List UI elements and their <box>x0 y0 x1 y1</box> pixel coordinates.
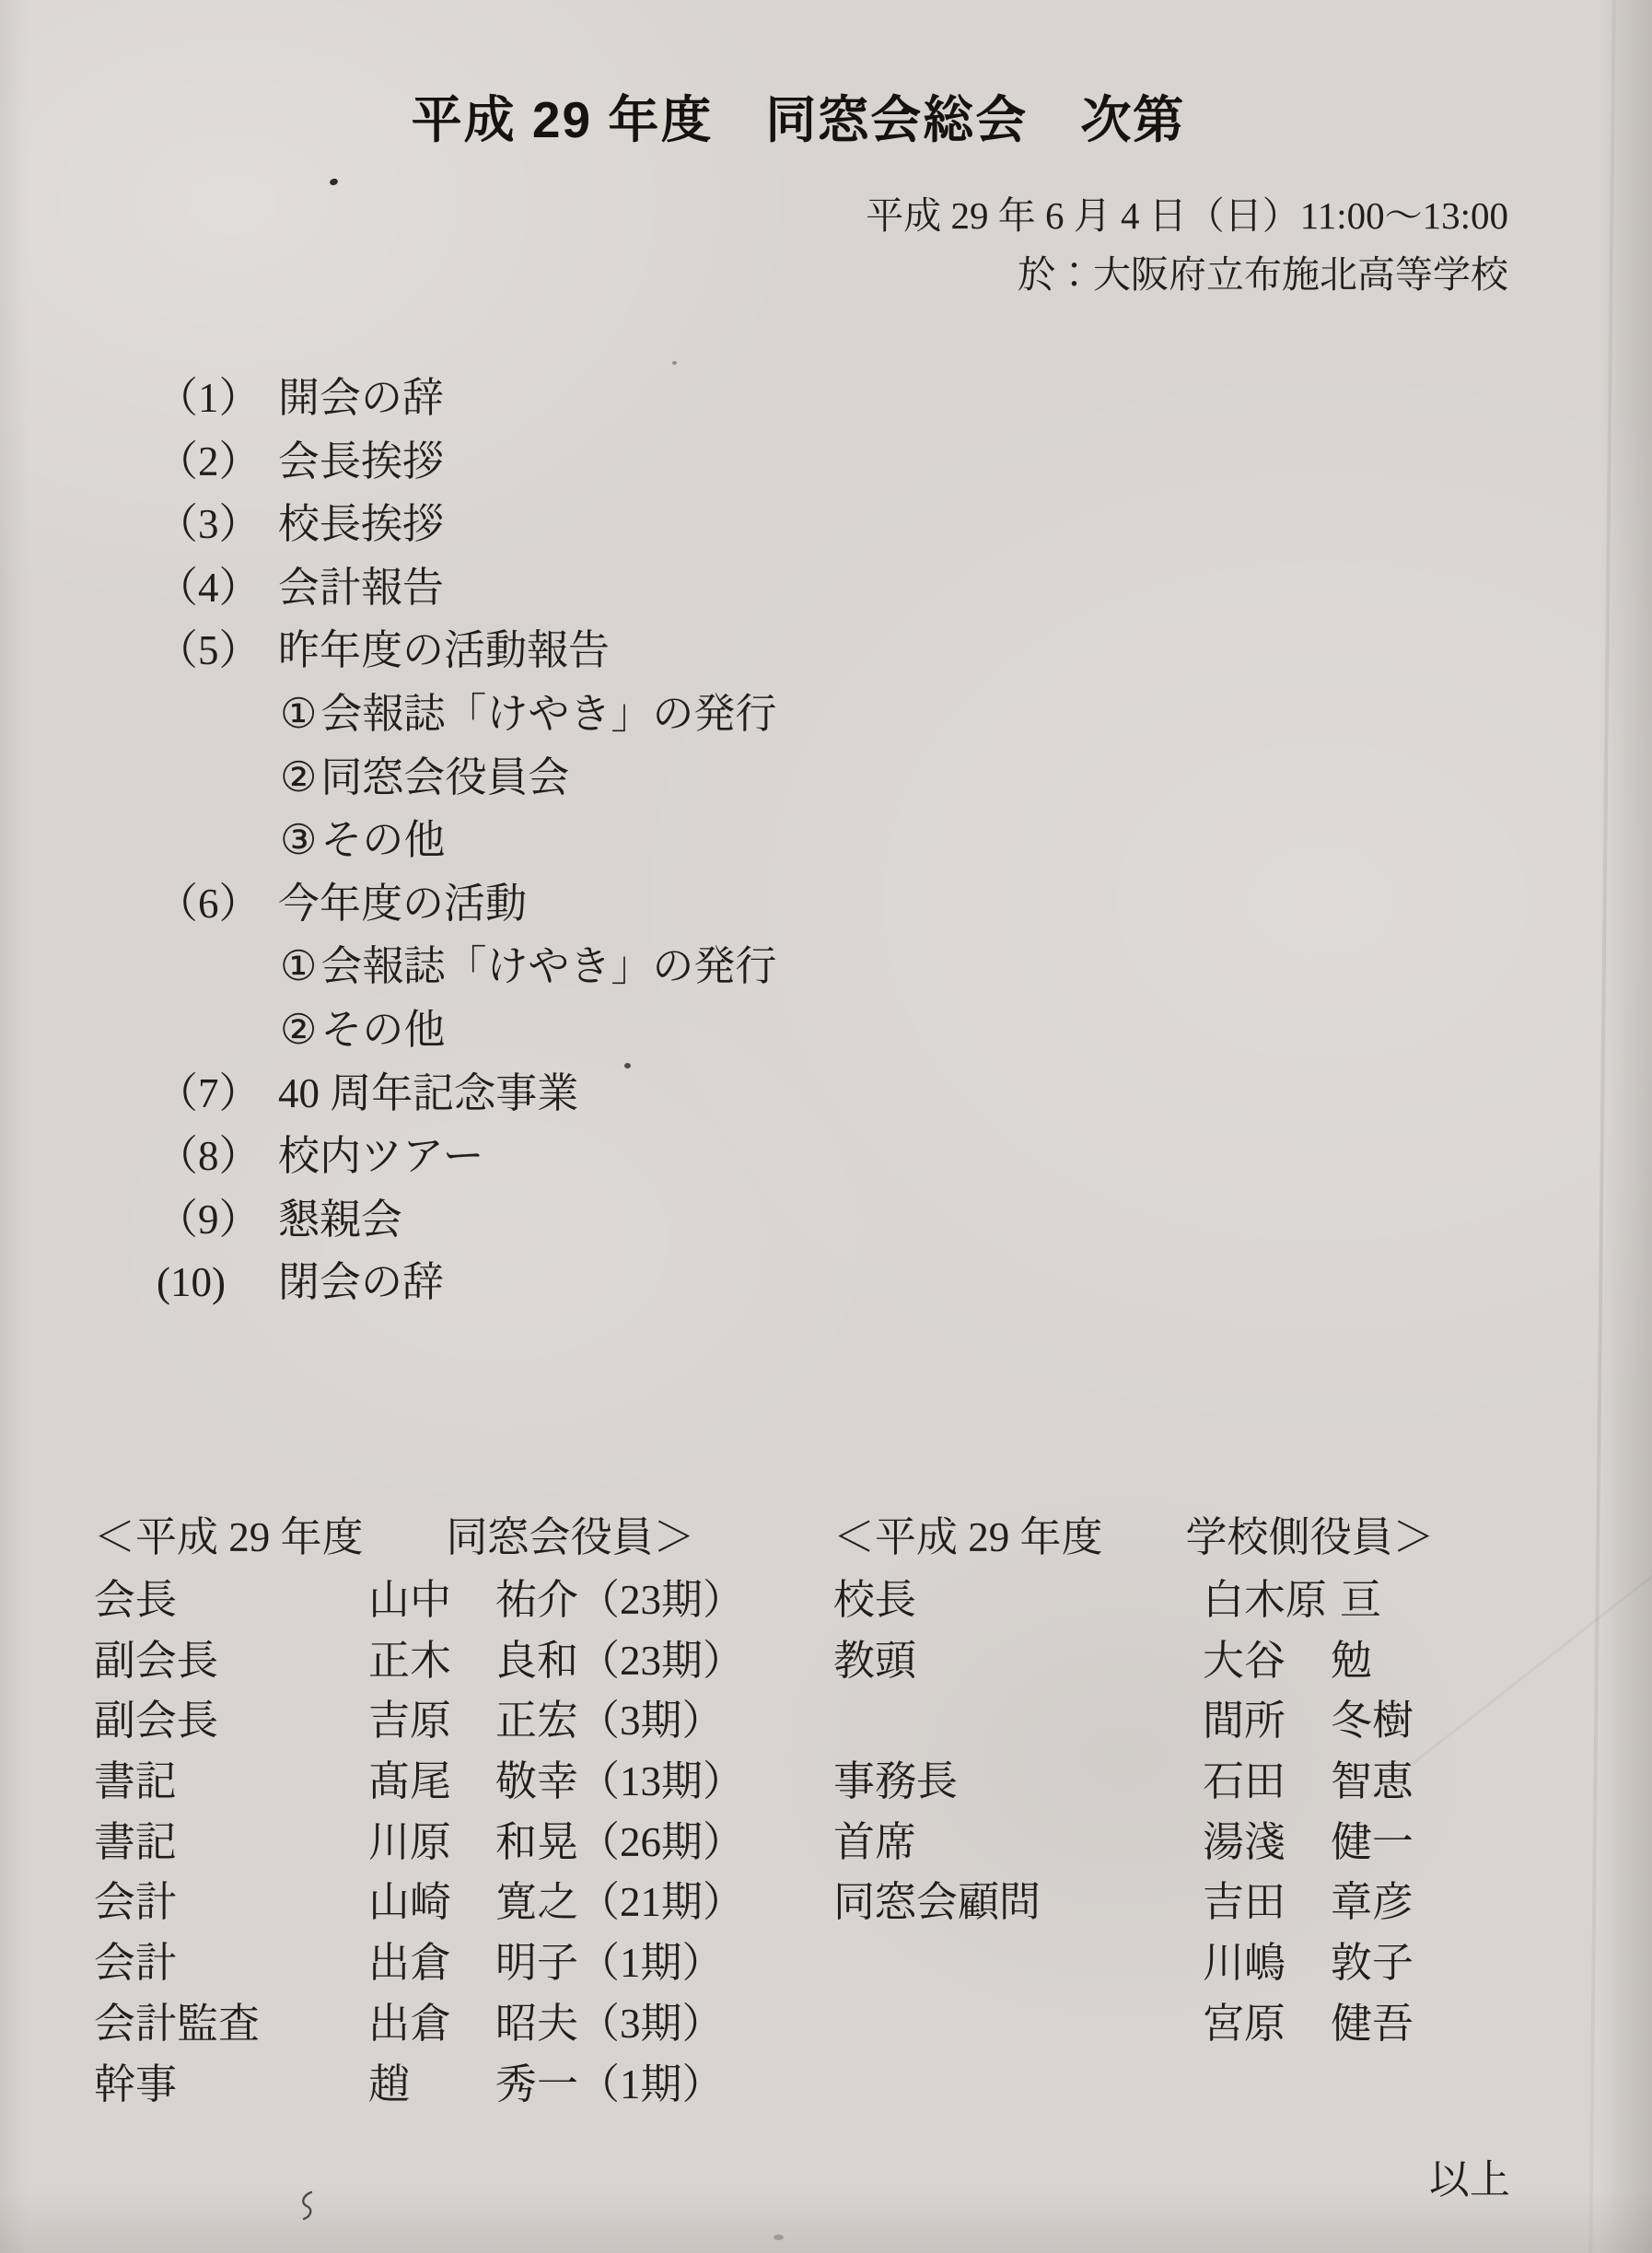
agenda-item-number: （5） <box>157 619 278 683</box>
paper-speck <box>774 2235 784 2240</box>
member-family-name: 川嶋 <box>1203 1933 1318 1994</box>
member-row: 副会長吉原正宏（3期） <box>94 1691 744 1752</box>
paper-speck <box>329 178 339 187</box>
member-row: 事務長石田智恵 <box>833 1752 1435 1813</box>
agenda-item-text: 会報誌「けやき」の発行 <box>320 691 776 737</box>
member-row: 会長山中祐介（23期） <box>94 1570 744 1631</box>
member-given-name: 昭夫 <box>495 2001 578 2047</box>
scanned-document-page: 平成 29 年度 同窓会総会 次第 平成 29 年 6 月 4 日（日）11:0… <box>0 0 1652 2253</box>
member-row: 教頭大谷勉 <box>833 1631 1435 1692</box>
agenda-item: （2）会長挨拶 <box>157 430 776 494</box>
alumni-officers-section: ＜平成 29 年度 同窓会役員＞ 会長山中祐介（23期）副会長正木良和（23期）… <box>94 1509 744 2115</box>
school-officers-rows: 校長白木原亘教頭大谷勉間所冬樹事務長石田智恵首席湯淺健一同窓会顧問吉田章彦川嶋敦… <box>833 1570 1435 2055</box>
member-row: 書記髙尾敬幸（13期） <box>94 1752 744 1813</box>
member-given-name: 良和 <box>495 1638 578 1684</box>
member-given-name: 勉 <box>1331 1638 1372 1684</box>
alumni-officers-rows: 会長山中祐介（23期）副会長正木良和（23期）副会長吉原正宏（3期）書記髙尾敬幸… <box>94 1570 744 2115</box>
document-title: 平成 29 年度 同窓会総会 次第 <box>0 79 1624 152</box>
member-row: 校長白木原亘 <box>833 1570 1435 1631</box>
member-given-name: 健一 <box>1331 1819 1414 1865</box>
agenda-item-text: 懇親会 <box>278 1197 402 1243</box>
agenda-item-text: その他 <box>320 817 445 863</box>
closing-mark: 以上 <box>1429 2146 1510 2205</box>
member-role: 同窓会顧問 <box>833 1873 1203 1933</box>
agenda-item-text: 会長挨拶 <box>278 438 444 484</box>
member-family-name: 出倉 <box>368 1933 495 1994</box>
member-given-name: 章彦 <box>1331 1879 1414 1925</box>
school-officers-section: ＜平成 29 年度 学校側役員＞ 校長白木原亘教頭大谷勉間所冬樹事務長石田智恵首… <box>833 1509 1435 2055</box>
agenda-item-number: （2） <box>157 430 278 494</box>
member-family-name: 白木原 <box>1203 1570 1327 1631</box>
meeting-venue: 於：大阪府立布施北高等学校 <box>866 245 1508 304</box>
member-family-name: 川原 <box>368 1813 495 1874</box>
agenda-item: （5）昨年度の活動報告 <box>157 619 776 683</box>
agenda-item-number: （3） <box>157 493 278 556</box>
member-role: 会計 <box>94 1873 368 1933</box>
paper-speck <box>672 361 677 365</box>
agenda-item-text: 閉会の辞 <box>278 1259 444 1305</box>
member-family-name: 正木 <box>368 1631 495 1692</box>
member-role: 首席 <box>833 1813 1203 1874</box>
member-family-name: 趙 <box>368 2055 495 2116</box>
agenda-list: （1）開会の辞（2）会長挨拶（3）校長挨拶（4）会計報告（5）昨年度の活動報告①… <box>157 367 776 1314</box>
agenda-item-number: （4） <box>157 556 278 620</box>
agenda-item-text: 昨年度の活動報告 <box>278 627 610 673</box>
agenda-item: （1）開会の辞 <box>157 367 776 430</box>
agenda-item: （9）懇親会 <box>157 1188 776 1252</box>
member-role: 教頭 <box>833 1631 1203 1692</box>
member-row: 副会長正木良和（23期） <box>94 1631 744 1692</box>
meeting-meta: 平成 29 年 6 月 4 日（日）11:00～13:00 於：大阪府立布施北高… <box>866 186 1508 304</box>
member-row: 幹事趙秀一（1期） <box>94 2055 744 2116</box>
member-given-name: 祐介 <box>495 1577 578 1623</box>
member-role: 書記 <box>94 1813 368 1874</box>
agenda-item-number: （1） <box>157 367 278 430</box>
agenda-item: ①会報誌「けやき」の発行 <box>157 683 776 746</box>
member-row: 間所冬樹 <box>833 1691 1435 1752</box>
member-role: 会計監査 <box>94 1994 368 2055</box>
agenda-item-text: 校長挨拶 <box>278 501 444 547</box>
agenda-item: ②その他 <box>157 998 776 1062</box>
member-given-name: 寛之 <box>495 1879 578 1925</box>
member-cohort: （26期） <box>578 1819 744 1865</box>
agenda-item-text: 会報誌「けやき」の発行 <box>320 943 776 989</box>
member-cohort: （23期） <box>578 1577 744 1623</box>
agenda-item-number: （7） <box>157 1062 278 1126</box>
member-given-name: 智恵 <box>1331 1758 1414 1804</box>
member-row: 会計山崎寛之（21期） <box>94 1873 744 1933</box>
paper-crease <box>1588 0 1616 2253</box>
agenda-item-number: （9） <box>157 1188 278 1252</box>
member-family-name: 出倉 <box>368 1994 495 2055</box>
member-family-name: 宮原 <box>1203 1994 1318 2055</box>
member-family-name: 山中 <box>368 1570 495 1631</box>
member-row: 同窓会顧問吉田章彦 <box>833 1873 1435 1933</box>
member-cohort: （3期） <box>578 1698 724 1744</box>
agenda-item-text: 会計報告 <box>278 565 444 611</box>
agenda-item-text: 同窓会役員会 <box>320 754 569 800</box>
member-row: 書記川原和晃（26期） <box>94 1813 744 1874</box>
agenda-item-number: ② <box>280 998 317 1062</box>
agenda-item: （7）40 周年記念事業 <box>157 1062 776 1126</box>
member-given-name: 健吾 <box>1331 2001 1414 2047</box>
member-family-name: 山崎 <box>368 1873 495 1933</box>
agenda-item-number: （6） <box>157 872 278 936</box>
agenda-item: （4）会計報告 <box>157 556 776 620</box>
agenda-item-text: 校内ツアー <box>278 1133 484 1179</box>
agenda-item-number: (10) <box>157 1251 278 1314</box>
member-given-name: 敬幸 <box>495 1758 578 1804</box>
agenda-item-number: ② <box>280 746 317 810</box>
agenda-item-number: ① <box>280 935 317 998</box>
agenda-item: （3）校長挨拶 <box>157 493 776 556</box>
agenda-item-text: 開会の辞 <box>278 375 444 421</box>
agenda-item-number: ③ <box>280 809 317 872</box>
agenda-item-text: 40 周年記念事業 <box>278 1070 578 1116</box>
agenda-item-number: ① <box>280 683 317 746</box>
agenda-item-text: 今年度の活動 <box>278 881 527 927</box>
agenda-item: ①会報誌「けやき」の発行 <box>157 935 776 998</box>
member-given-name: 明子 <box>495 1940 578 1986</box>
member-cohort: （3期） <box>578 2001 724 2047</box>
member-row: 会計監査出倉昭夫（3期） <box>94 1994 744 2055</box>
agenda-item: （8）校内ツアー <box>157 1125 776 1188</box>
member-role: 書記 <box>94 1752 368 1813</box>
school-officers-heading: ＜平成 29 年度 学校側役員＞ <box>833 1509 1435 1570</box>
member-row: 首席湯淺健一 <box>833 1813 1435 1874</box>
member-role: 副会長 <box>94 1631 368 1692</box>
agenda-item-number: （8） <box>157 1125 278 1188</box>
member-role: 会計 <box>94 1933 368 1994</box>
member-family-name: 大谷 <box>1203 1631 1318 1692</box>
member-role: 会長 <box>94 1570 368 1631</box>
member-family-name: 髙尾 <box>368 1752 495 1813</box>
member-row: 宮原健吾 <box>833 1994 1435 2055</box>
member-role: 副会長 <box>94 1691 368 1752</box>
member-role: 校長 <box>833 1570 1203 1631</box>
member-family-name: 吉田 <box>1203 1873 1318 1933</box>
agenda-item: ②同窓会役員会 <box>157 746 776 810</box>
member-family-name: 吉原 <box>368 1691 495 1752</box>
agenda-item: （6）今年度の活動 <box>157 872 776 936</box>
alumni-officers-heading: ＜平成 29 年度 同窓会役員＞ <box>94 1509 744 1570</box>
agenda-item-text: その他 <box>320 1007 445 1053</box>
member-cohort: （1期） <box>578 1940 724 1986</box>
member-family-name: 湯淺 <box>1203 1813 1318 1874</box>
member-cohort: （1期） <box>578 2061 724 2107</box>
paper-scribble-mark <box>298 2190 317 2222</box>
member-family-name: 石田 <box>1203 1752 1318 1813</box>
member-given-name: 敦子 <box>1331 1940 1414 1986</box>
meeting-datetime: 平成 29 年 6 月 4 日（日）11:00～13:00 <box>866 186 1508 245</box>
member-family-name: 間所 <box>1203 1691 1318 1752</box>
member-given-name: 冬樹 <box>1331 1698 1414 1744</box>
member-cohort: （23期） <box>578 1638 744 1684</box>
member-row: 会計出倉明子（1期） <box>94 1933 744 1994</box>
member-given-name: 亘 <box>1340 1577 1381 1623</box>
member-cohort: （13期） <box>578 1758 744 1804</box>
member-given-name: 和晃 <box>495 1819 578 1865</box>
member-role: 事務長 <box>833 1752 1203 1813</box>
member-given-name: 正宏 <box>495 1698 578 1744</box>
member-role: 幹事 <box>94 2055 368 2116</box>
agenda-item: (10)閉会の辞 <box>157 1251 776 1314</box>
agenda-item: ③その他 <box>157 809 776 872</box>
member-given-name: 秀一 <box>495 2061 578 2107</box>
member-cohort: （21期） <box>578 1879 744 1925</box>
member-row: 川嶋敦子 <box>833 1933 1435 1994</box>
